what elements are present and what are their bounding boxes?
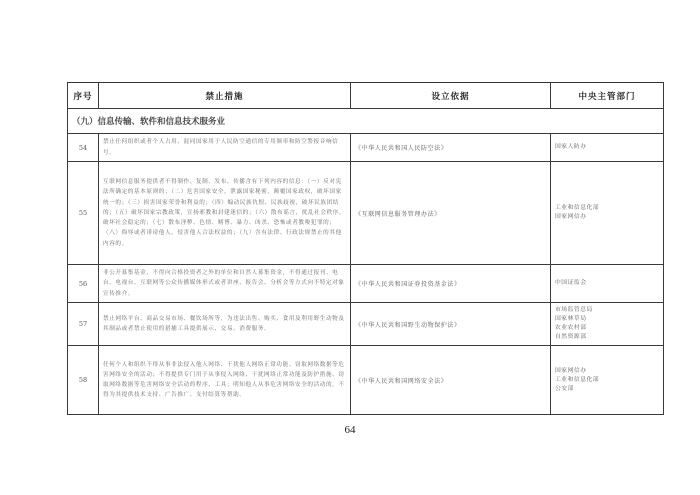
department-name: 农业农村部 [555, 324, 659, 333]
row-number: 56 [68, 265, 99, 303]
document-page: 序号 禁止措施 设立依据 中央主管部门 （九）信息传输、软件和信息技术服务业 5… [0, 0, 700, 495]
table-row: 54 禁止任何组织或者个人占用、混同国家用于人民防空通信的专用频率和防空警报音响… [68, 134, 664, 162]
row-number: 57 [68, 303, 99, 346]
row-number: 58 [68, 346, 99, 415]
table-row: 58 任何个人和组织不得从事非法侵入他人网络、干扰他人网络正常功能、窃取网络数据… [68, 346, 664, 415]
row-number: 55 [68, 162, 99, 265]
section-title: （九）信息传输、软件和信息技术服务业 [68, 109, 664, 134]
row-measure: 任何个人和组织不得从事非法侵入他人网络、干扰他人网络正常功能、窃取网络数据等危害… [99, 346, 351, 415]
row-number: 54 [68, 134, 99, 162]
row-measure: 互联网信息服务提供者不得制作、复制、发布、传播含有下列内容的信息：（一）反对宪法… [99, 162, 351, 265]
table-header-row: 序号 禁止措施 设立依据 中央主管部门 [68, 83, 664, 109]
row-basis: 《中华人民共和国野生动物保护法》 [351, 303, 551, 346]
header-basis: 设立依据 [351, 83, 551, 109]
table-row: 56 非公开募集基金，不得向合格投资者之外的单位和自然人募集资金，不得通过报刊、… [68, 265, 664, 303]
table-row: 55 互联网信息服务提供者不得制作、复制、发布、传播含有下列内容的信息：（一）反… [68, 162, 664, 265]
department-name: 自然资源部 [555, 333, 659, 342]
row-measure: 禁止任何组织或者个人占用、混同国家用于人民防空通信的专用频率和防空警报音响信号。 [99, 134, 351, 162]
department-name: 市场监管总局 [555, 306, 659, 315]
department-name: 国家网信办 [555, 367, 659, 376]
row-department: 中国证监会 [551, 265, 664, 303]
row-basis: 《中华人民共和国证券投资基金法》 [351, 265, 551, 303]
table-row: 57 禁止网络平台、商品交易市场、餐饮场所等，为违法出售、购买、食用及利用野生动… [68, 303, 664, 346]
page-number: 64 [0, 424, 700, 436]
department-name: 国家林草局 [555, 315, 659, 324]
row-basis: 《互联网信息服务管理办法》 [351, 162, 551, 265]
header-measure: 禁止措施 [99, 83, 351, 109]
department-name: 中国证监会 [555, 279, 659, 288]
row-department: 国家人防办 [551, 134, 664, 162]
row-department: 工业和信息化部 国家网信办 [551, 162, 664, 265]
prohibition-table: 序号 禁止措施 设立依据 中央主管部门 （九）信息传输、软件和信息技术服务业 5… [67, 82, 664, 415]
department-name: 国家人防办 [555, 143, 659, 152]
row-department: 市场监管总局 国家林草局 农业农村部 自然资源部 [551, 303, 664, 346]
row-basis: 《中华人民共和国人民防空法》 [351, 134, 551, 162]
section-row: （九）信息传输、软件和信息技术服务业 [68, 109, 664, 134]
department-name: 工业和信息化部 [555, 204, 659, 213]
row-department: 国家网信办 工业和信息化部 公安部 [551, 346, 664, 415]
row-basis: 《中华人民共和国网络安全法》 [351, 346, 551, 415]
row-measure: 禁止网络平台、商品交易市场、餐饮场所等，为违法出售、购买、食用及利用野生动物及其… [99, 303, 351, 346]
department-name: 国家网信办 [555, 213, 659, 222]
header-department: 中央主管部门 [551, 83, 664, 109]
row-measure: 非公开募集基金，不得向合格投资者之外的单位和自然人募集资金，不得通过报刊、电台、… [99, 265, 351, 303]
header-number: 序号 [68, 83, 99, 109]
department-name: 工业和信息化部 [555, 376, 659, 385]
department-name: 公安部 [555, 385, 659, 394]
